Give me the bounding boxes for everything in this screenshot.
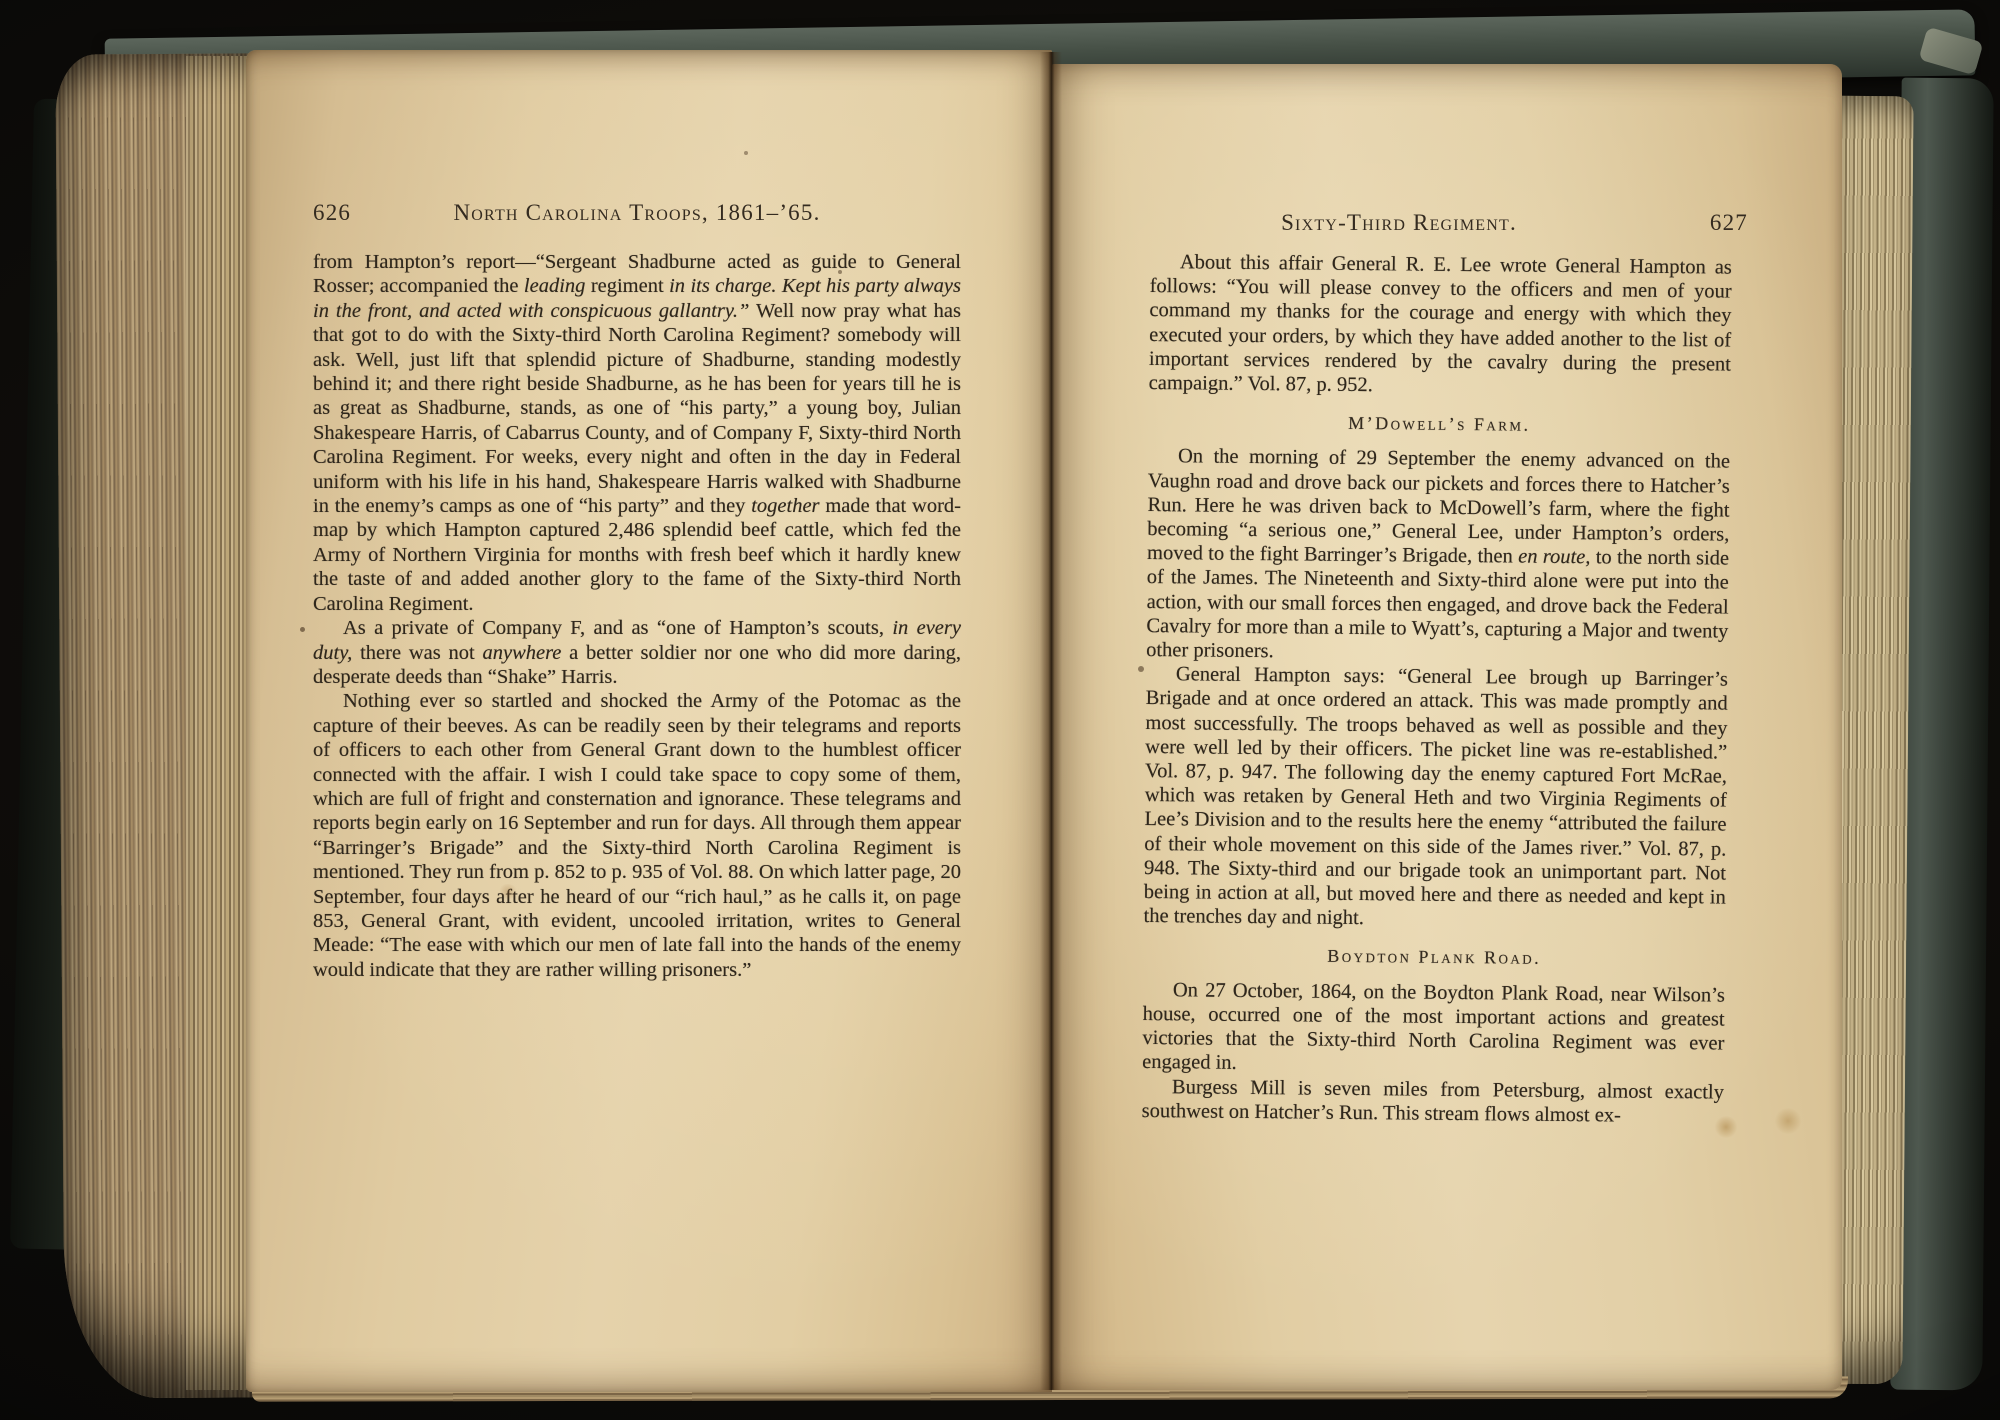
left-page-edge-stack-inner [186,56,254,1390]
text-run: leading [524,275,586,297]
page-number: 627 [1710,210,1748,236]
page-626: 626 North Carolina Troops, 1861–’65. fro… [246,50,1052,1392]
text-run: anywhere [482,642,561,664]
paragraph: from Hampton’s report—“Sergeant Shadburn… [313,250,961,616]
page-body-left: from Hampton’s report—“Sergeant Shadburn… [313,250,961,982]
running-title: Sixty-Third Regiment. [1150,210,1648,236]
text-run: On 27 October, 1864, on the Boydton Plan… [1142,979,1725,1074]
text-run: General Hampton says: “General Lee broug… [1143,664,1728,930]
paragraph: About this affair General R. E. Lee wrot… [1149,250,1732,401]
book-gutter-shadow [1040,52,1062,1390]
section-heading: M’Dowell’s Farm. [1148,409,1730,439]
running-head-left: 626 North Carolina Troops, 1861–’65. [313,200,961,234]
paper-speck [744,151,748,155]
running-head-right: Sixty-Third Regiment. 627 [1150,210,1732,244]
text-run: en route, [1518,546,1591,569]
text-run: regiment [585,275,669,297]
section-heading: Boydton Plank Road. [1143,942,1725,972]
paragraph: As a private of Company F, and as “one o… [313,616,961,689]
text-run: As a private of Company F, and as “one o… [343,617,892,639]
paper-speck [1138,666,1144,672]
text-run: together [751,495,819,517]
paragraph: General Hampton says: “General Lee broug… [1143,662,1728,934]
text-run: Well now pray what has that got to do wi… [313,300,961,517]
open-book-photo: 626 North Carolina Troops, 1861–’65. fro… [0,0,2000,1420]
paper-speck [300,627,305,632]
text-run: Burgess Mill is seven miles from Petersb… [1142,1076,1724,1127]
paper-stain [1774,1108,1802,1134]
paragraph: Burgess Mill is seven miles from Petersb… [1142,1074,1724,1128]
text-run: Nothing ever so startled and shocked the… [313,690,961,980]
paragraph: On the morning of 29 September the enemy… [1146,444,1730,667]
paragraph: Nothing ever so startled and shocked the… [313,689,961,982]
running-title: North Carolina Troops, 1861–’65. [313,200,961,226]
page-627: Sixty-Third Regiment. 627 About this aff… [1052,64,1842,1390]
text-run: About this affair General R. E. Lee wrot… [1149,251,1732,396]
text-run: there was not [352,642,482,664]
paragraph: On 27 October, 1864, on the Boydton Plan… [1142,978,1725,1080]
page-body-right: About this affair General R. E. Lee wrot… [1142,250,1732,1128]
